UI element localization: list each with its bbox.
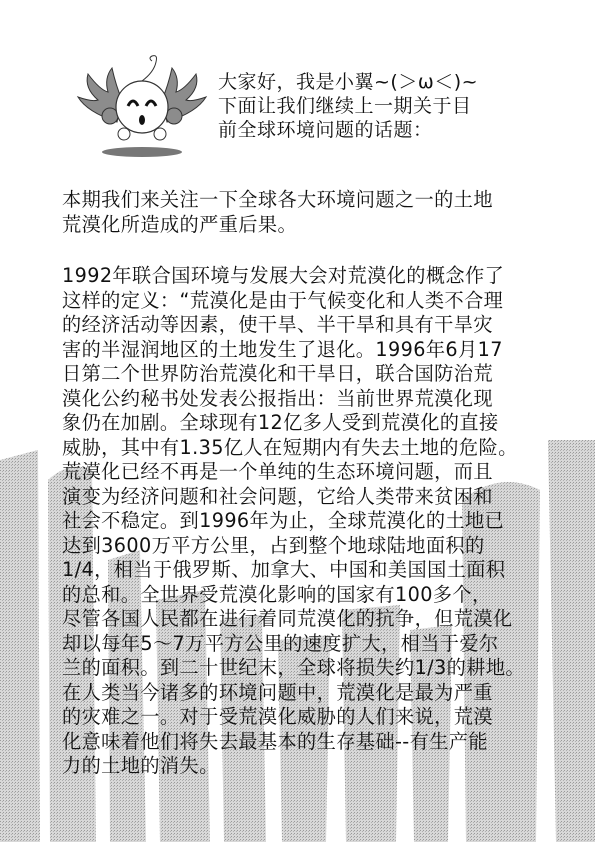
body-line: 达到3600万平方公里，占到整个地球陆地面积的 — [62, 534, 542, 559]
body-line: 尽管各国人民都在进行着同荒漠化的抗争，但荒漠化 — [62, 607, 542, 632]
intro-line: 本期我们来关注一下全球各大环境问题之一的土地 — [62, 188, 542, 213]
body-line: 这样的定义：“荒漠化是由于气候变化和人类不合理 — [62, 289, 542, 314]
greeting-line: 下面让我们继续上一期关于目 — [218, 94, 478, 118]
body-line: 的经济活动等因素，使干旱、半干旱和具有干旱灾 — [62, 313, 542, 338]
body-line: 的总和。全世界受荒漠化影响的国家有100多个， — [62, 583, 542, 608]
body-line: 却以每年5～7万平方公里的速度扩大，相当于爱尔 — [62, 632, 542, 657]
body-line: 象仍在加剧。全球现有12亿多人受到荒漠化的直接 — [62, 411, 542, 436]
winged-mascot-icon — [72, 52, 212, 162]
body-line: 力的土地的消失。 — [62, 754, 542, 779]
body-line: 1992年联合国环境与发展大会对荒漠化的概念作了 — [62, 264, 542, 289]
body-line: 荒漠化已经不再是一个单纯的生态环境问题，而且 — [62, 460, 542, 485]
body-line: 的灾难之一。对于受荒漠化威胁的人们来说，荒漠 — [62, 705, 542, 730]
body-line: 漠化公约秘书处发表公报指出：当前世界荒漠化现 — [62, 387, 542, 412]
greeting-line: 前全球环境问题的话题： — [218, 118, 478, 142]
body-paragraph: 1992年联合国环境与发展大会对荒漠化的概念作了 这样的定义：“荒漠化是由于气候… — [62, 264, 542, 779]
body-line: 1/4，相当于俄罗斯、加拿大、中国和美国国土面积 — [62, 558, 542, 583]
body-line: 演变为经济问题和社会问题，它给人类带来贫困和 — [62, 485, 542, 510]
body-line: 化意味着他们将失去最基本的生存基础--有生产能 — [62, 730, 542, 755]
body-line: 社会不稳定。到1996年为止，全球荒漠化的土地已 — [62, 509, 542, 534]
greeting-text: 大家好，我是小翼~(＞ω＜)~ 下面让我们继续上一期关于目 前全球环境问题的话题… — [218, 70, 478, 142]
greeting-line: 大家好，我是小翼~(＞ω＜)~ — [218, 70, 478, 94]
body-line: 日第二个世界防治荒漠化和干旱日，联合国防治荒 — [62, 362, 542, 387]
intro-paragraph: 本期我们来关注一下全球各大环境问题之一的土地 荒漠化所造成的严重后果。 — [62, 188, 542, 237]
body-line: 兰的面积。到二十世纪末，全球将损失约1/3的耕地。 — [62, 656, 542, 681]
mascot-illustration — [72, 52, 212, 162]
body-line: 在人类当今诸多的环境问题中，荒漠化是最为严重 — [62, 681, 542, 706]
intro-line: 荒漠化所造成的严重后果。 — [62, 213, 542, 238]
body-line: 威胁，其中有1.35亿人在短期内有失去土地的危险。 — [62, 436, 542, 461]
body-line: 害的半湿润地区的土地发生了退化。1996年6月17 — [62, 338, 542, 363]
